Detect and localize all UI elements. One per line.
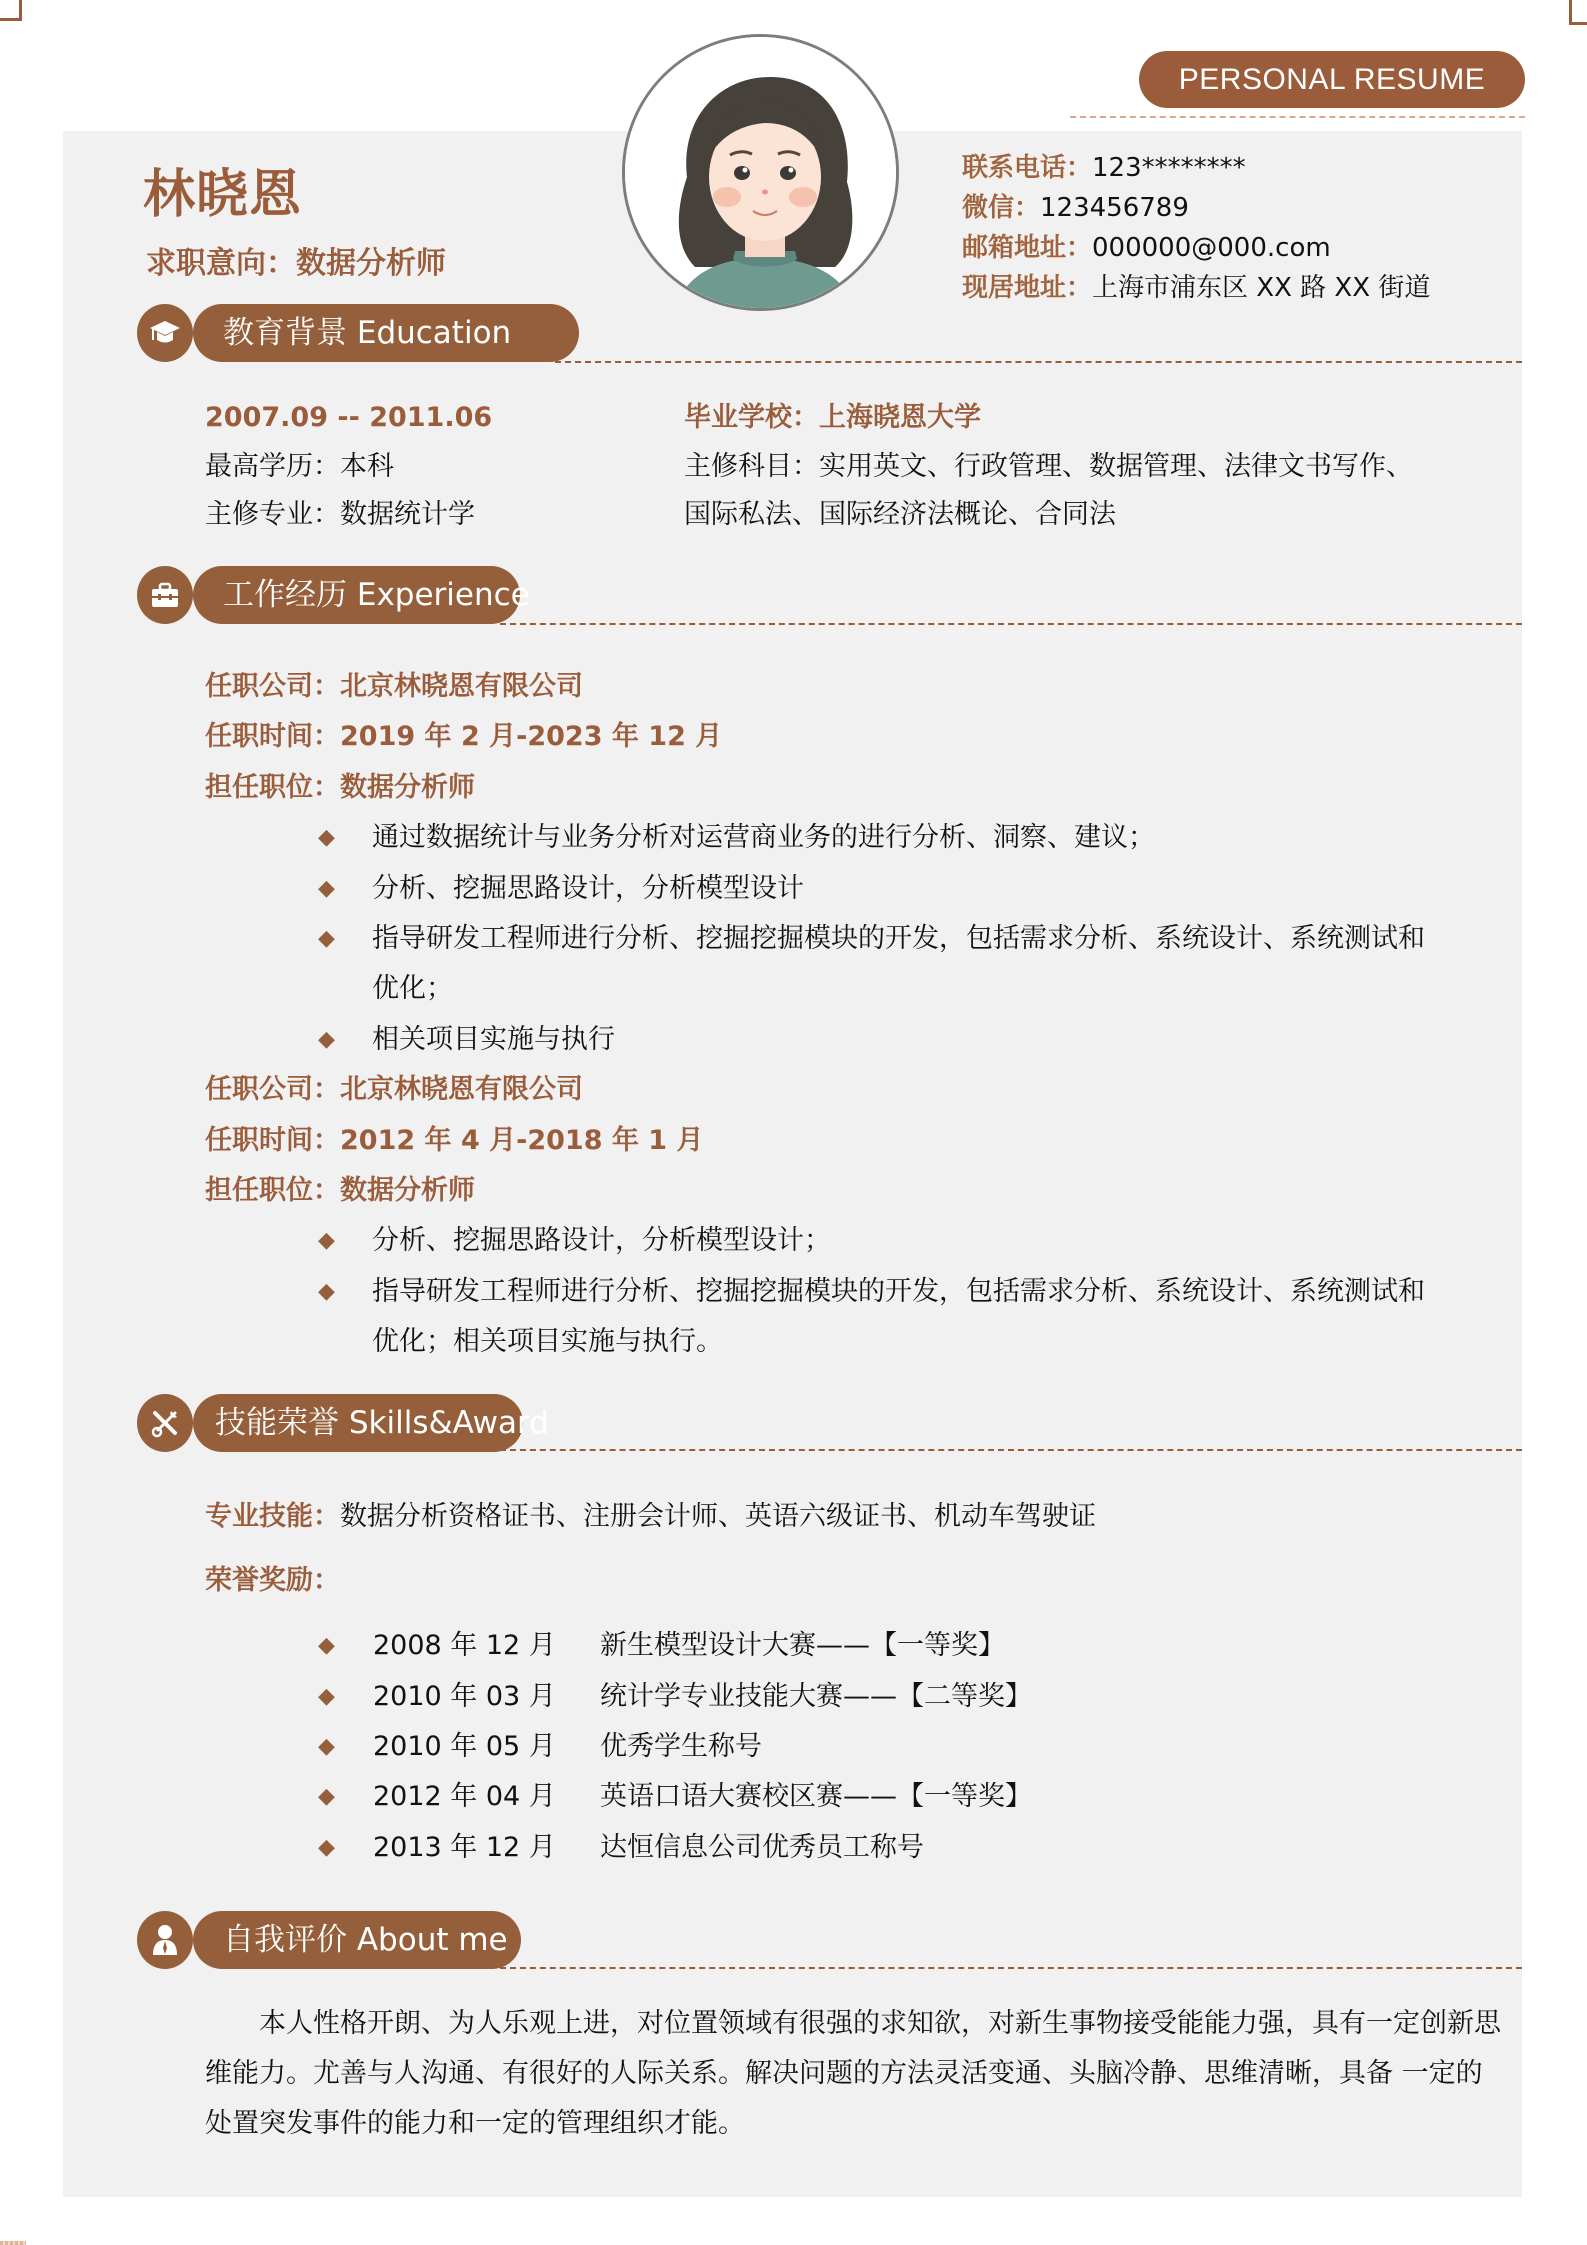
diamond-bullet-icon: ◆ <box>318 813 335 863</box>
job2-time: 任职时间：2012 年 4 月-2018 年 1 月 <box>205 1116 703 1166</box>
contact-email-label: 邮箱地址： <box>962 233 1092 263</box>
job1-duty-2: 分析、挖掘思路设计，分析模型设计 <box>372 864 804 914</box>
contact-info: 联系电话：123******** 微信：123456789 邮箱地址：00000… <box>962 148 1430 308</box>
job1-company-value: 北京林晓恩有限公司 <box>340 671 583 702</box>
candidate-name: 林晓恩 <box>143 160 302 230</box>
award-4-date: 2012 年 04 月 <box>373 1772 556 1822</box>
award-3-name: 优秀学生称号 <box>600 1722 762 1772</box>
job2-company-label: 任职公司： <box>205 1074 340 1105</box>
section-divider-education <box>555 361 1522 363</box>
job1-duty-3-cont: 优化； <box>372 964 453 1014</box>
award-2-name: 统计学专业技能大赛——【二等奖】 <box>600 1672 1032 1722</box>
education-degree: 最高学历：本科 <box>205 442 394 492</box>
job2-time-label: 任职时间： <box>205 1125 340 1156</box>
diamond-bullet-icon: ◆ <box>318 914 335 964</box>
award-4-name: 英语口语大赛校区赛——【一等奖】 <box>600 1772 1032 1822</box>
diamond-bullet-icon: ◆ <box>318 1015 335 1065</box>
contact-wechat-value: 123456789 <box>1040 193 1189 223</box>
education-major-value: 数据统计学 <box>340 499 475 530</box>
diamond-bullet-icon: ◆ <box>318 1267 335 1317</box>
section-title-experience: 工作经历 Experience <box>193 566 520 624</box>
about-me-text: 本人性格开朗、为人乐观上进，对位置领域有很强的求知欲，对新生事物接受能能力强，具… <box>205 1999 1505 2149</box>
skills-professional: 专业技能：数据分析资格证书、注册会计师、英语六级证书、机动车驾驶证 <box>205 1492 1096 1542</box>
job2-time-value: 2012 年 4 月-2018 年 1 月 <box>340 1125 703 1156</box>
job2-company-value: 北京林晓恩有限公司 <box>340 1074 583 1105</box>
job1-time-label: 任职时间： <box>205 721 340 752</box>
banner-label: PERSONAL RESUME <box>1179 63 1485 97</box>
award-1-name: 新生模型设计大赛——【一等奖】 <box>600 1621 1005 1671</box>
section-title-education: 教育背景 Education <box>193 304 579 362</box>
job1-company: 任职公司：北京林晓恩有限公司 <box>205 662 583 712</box>
section-divider-experience <box>500 623 1522 625</box>
job2-position-value: 数据分析师 <box>340 1175 475 1206</box>
contact-wechat-label: 微信： <box>962 193 1040 223</box>
education-school-value: 上海晓恩大学 <box>819 402 981 433</box>
section-divider-about <box>500 1967 1522 1969</box>
corner-mark-top-right <box>1569 0 1587 25</box>
job2-position: 担任职位：数据分析师 <box>205 1166 475 1216</box>
job1-position: 担任职位：数据分析师 <box>205 763 475 813</box>
job-intent: 求职意向：数据分析师 <box>146 242 446 286</box>
education-courses-line1: 实用英文、行政管理、数据管理、法律文书写作、 <box>819 451 1413 482</box>
education-degree-label: 最高学历： <box>205 451 340 482</box>
education-courses-label: 主修科目： <box>684 451 819 482</box>
education-major: 主修专业：数据统计学 <box>205 490 475 540</box>
diamond-bullet-icon: ◆ <box>318 1823 335 1873</box>
diamond-bullet-icon: ◆ <box>318 1772 335 1822</box>
job1-duty-4: 相关项目实施与执行 <box>372 1015 615 1065</box>
job1-duty-1: 通过数据统计与业务分析对运营商业务的进行分析、洞察、建议； <box>372 813 1155 863</box>
diamond-bullet-icon: ◆ <box>318 1216 335 1266</box>
awards-label: 荣誉奖励： <box>205 1556 340 1606</box>
job1-time: 任职时间：2019 年 2 月-2023 年 12 月 <box>205 712 722 762</box>
contact-address-value: 上海市浦东区 XX 路 XX 街道 <box>1092 273 1430 303</box>
education-school: 毕业学校：上海晓恩大学 <box>684 393 981 443</box>
award-5-name: 达恒信息公司优秀员工称号 <box>600 1823 924 1873</box>
avatar <box>622 34 899 311</box>
diamond-bullet-icon: ◆ <box>318 1722 335 1772</box>
corner-mark-bottom-left <box>0 2241 26 2245</box>
briefcase-icon <box>137 566 193 624</box>
education-major-label: 主修专业： <box>205 499 340 530</box>
diamond-bullet-icon: ◆ <box>318 1672 335 1722</box>
tools-icon <box>137 1394 193 1452</box>
diamond-bullet-icon: ◆ <box>318 864 335 914</box>
award-2-date: 2010 年 03 月 <box>373 1672 556 1722</box>
education-courses: 主修科目：实用英文、行政管理、数据管理、法律文书写作、 <box>684 442 1413 492</box>
personal-resume-banner: PERSONAL RESUME <box>1139 51 1525 108</box>
award-5-date: 2013 年 12 月 <box>373 1823 556 1873</box>
job1-company-label: 任职公司： <box>205 671 340 702</box>
job1-position-label: 担任职位： <box>205 772 340 803</box>
job2-company: 任职公司：北京林晓恩有限公司 <box>205 1065 583 1115</box>
skills-label: 专业技能： <box>205 1501 340 1532</box>
contact-address-label: 现居地址： <box>962 273 1092 303</box>
job1-duty-3: 指导研发工程师进行分析、挖掘挖掘模块的开发，包括需求分析、系统设计、系统测试和 <box>372 914 1425 964</box>
section-divider-skills <box>500 1449 1522 1451</box>
corner-mark-top-left <box>0 0 22 21</box>
avatar-illustration <box>625 37 899 311</box>
job2-duty-2: 指导研发工程师进行分析、挖掘挖掘模块的开发，包括需求分析、系统设计、系统测试和 <box>372 1267 1425 1317</box>
banner-divider <box>1070 116 1525 118</box>
job-intent-label: 求职意向： <box>146 246 296 281</box>
education-degree-value: 本科 <box>340 451 394 482</box>
education-courses-line2: 国际私法、国际经济法概论、合同法 <box>684 490 1116 540</box>
education-school-label: 毕业学校： <box>684 402 819 433</box>
contact-phone: 联系电话：123******** <box>962 148 1430 188</box>
award-3-date: 2010 年 05 月 <box>373 1722 556 1772</box>
contact-email-value: 000000@000.com <box>1092 233 1331 263</box>
section-title-about: 自我评价 About me <box>193 1911 521 1969</box>
section-title-skills: 技能荣誉 Skills&Award <box>193 1394 523 1452</box>
award-1-date: 2008 年 12 月 <box>373 1621 556 1671</box>
skills-value: 数据分析资格证书、注册会计师、英语六级证书、机动车驾驶证 <box>340 1501 1096 1532</box>
contact-address: 现居地址：上海市浦东区 XX 路 XX 街道 <box>962 268 1430 308</box>
job1-position-value: 数据分析师 <box>340 772 475 803</box>
contact-phone-label: 联系电话： <box>962 153 1092 183</box>
contact-email: 邮箱地址：000000@000.com <box>962 228 1430 268</box>
person-icon <box>137 1911 193 1969</box>
contact-phone-value: 123******** <box>1092 153 1246 183</box>
graduation-cap-icon <box>137 304 193 362</box>
job2-duty-2-cont: 优化；相关项目实施与执行。 <box>372 1317 723 1367</box>
contact-wechat: 微信：123456789 <box>962 188 1430 228</box>
job2-position-label: 担任职位： <box>205 1175 340 1206</box>
job2-duty-1: 分析、挖掘思路设计，分析模型设计； <box>372 1216 831 1266</box>
diamond-bullet-icon: ◆ <box>318 1621 335 1671</box>
education-period: 2007.09 -- 2011.06 <box>205 393 492 443</box>
job1-time-value: 2019 年 2 月-2023 年 12 月 <box>340 721 722 752</box>
job-intent-value: 数据分析师 <box>296 246 446 281</box>
